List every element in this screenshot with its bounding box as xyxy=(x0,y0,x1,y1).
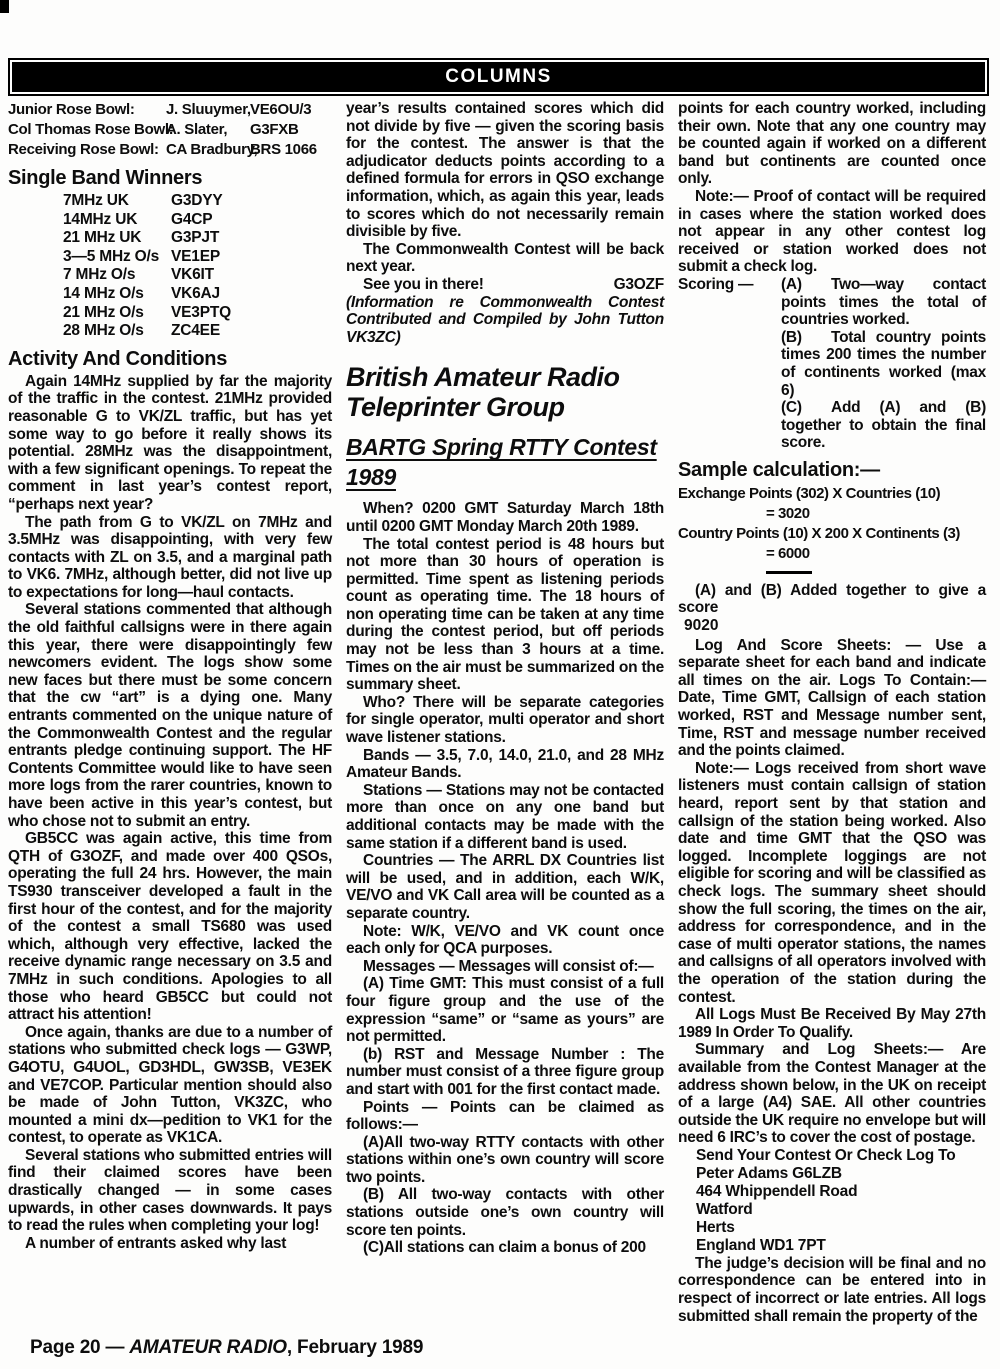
body-paragraph: Summary and Log Sheets:— Are available f… xyxy=(678,1041,986,1147)
page-columns: Junior Rose Bowl: J. Sluuymer, VE6OU/3 C… xyxy=(8,100,986,1325)
body-paragraph: Countries — The ARRL DX Countries list w… xyxy=(346,852,664,922)
body-paragraph: (B) All two-way contacts with other stat… xyxy=(346,1186,664,1239)
band-callsign: G3PJT xyxy=(171,229,332,248)
body-paragraph: Note: W/K, VE/VO and VK count once each … xyxy=(346,923,664,958)
body-paragraph: (A)All two-way RTTY contacts with other … xyxy=(346,1134,664,1187)
contest-heading: BARTG Spring RTTY Contest 1989 xyxy=(346,432,664,492)
band-label: 14 MHz O/s xyxy=(63,285,171,304)
band-label: 21 MHz O/s xyxy=(63,304,171,323)
band-callsign: ZC4EE xyxy=(171,322,332,341)
footer-page-label: Page 20 — xyxy=(30,1337,129,1358)
credit-paragraph: (Information re Commonwealth Contest Con… xyxy=(346,294,664,347)
address-line: Peter Adams G6LZB xyxy=(678,1165,986,1183)
band-winners-heading: Single Band Winners xyxy=(8,167,332,190)
band-callsign: G3DYY xyxy=(171,192,332,211)
award-name: CA Bradbury, xyxy=(166,140,250,160)
sample-calculation-heading: Sample calculation:— xyxy=(678,459,986,482)
body-paragraph: (b) RST and Message Number : The number … xyxy=(346,1046,664,1099)
address-line: 464 Whippendell Road xyxy=(678,1183,986,1201)
body-paragraph: year’s results contained scores which di… xyxy=(346,100,664,241)
body-paragraph: The Commonwealth Contest will be back ne… xyxy=(346,241,664,276)
award-label: Receiving Rose Bowl: xyxy=(8,140,166,160)
body-paragraph: Several stations commented that although… xyxy=(8,601,332,830)
award-label: Junior Rose Bowl: xyxy=(8,100,166,120)
sum-value: 9020 xyxy=(678,617,986,635)
page-footer: Page 20 — AMATEUR RADIO, February 1989 xyxy=(30,1337,423,1359)
band-callsign: G4CP xyxy=(171,211,332,230)
columns-banner-title: COLUMNS xyxy=(12,62,985,92)
award-name: A. Slater, xyxy=(166,120,250,140)
band-label: 14MHz UK xyxy=(63,211,171,230)
address-line: Herts xyxy=(678,1219,986,1237)
group-heading: British Amateur Radio Teleprinter Group xyxy=(346,362,664,422)
band-callsign: VE3PTQ xyxy=(171,304,332,323)
middle-column: year’s results contained scores which di… xyxy=(346,100,664,1325)
award-callsign: VE6OU/3 xyxy=(250,100,332,120)
scoring-item: (C)Add (A) and (B) together to obtain th… xyxy=(781,399,986,452)
body-paragraph: Again 14MHz supplied by far the majority… xyxy=(8,373,332,514)
band-callsign: VK6AJ xyxy=(171,285,332,304)
signoff-callsign: G3OZF xyxy=(614,276,664,294)
band-label: 7MHz UK xyxy=(63,192,171,211)
signoff-text: See you in there! xyxy=(346,276,484,294)
body-paragraph: Once again, thanks are due to a number o… xyxy=(8,1024,332,1147)
sum-note: (A) and (B) Added together to give a sco… xyxy=(678,582,986,617)
signoff-line: See you in there! G3OZF xyxy=(346,276,664,294)
columns-banner: COLUMNS xyxy=(8,58,989,96)
band-winners-table: 7MHz UK G3DYY 14MHz UK G4CP 21 MHz UK G3… xyxy=(63,192,332,341)
award-name: J. Sluuymer, xyxy=(166,100,250,120)
right-column: points for each country worked, includin… xyxy=(678,100,986,1325)
sum-divider-line xyxy=(766,571,812,574)
scoring-item: (B)Total country points times 200 times … xyxy=(781,329,986,399)
left-column: Junior Rose Bowl: J. Sluuymer, VE6OU/3 C… xyxy=(8,100,332,1325)
band-callsign: VK6IT xyxy=(171,266,332,285)
band-label: 21 MHz UK xyxy=(63,229,171,248)
calc-line: Country Points (10) X 200 X Continents (… xyxy=(678,524,986,544)
activity-heading: Activity And Conditions xyxy=(8,348,332,371)
award-callsign: BRS 1066 xyxy=(250,140,332,160)
body-paragraph: GB5CC was again active, this time from Q… xyxy=(8,830,332,1024)
footer-magazine-title: AMATEUR RADIO xyxy=(129,1337,286,1358)
rose-bowl-awards-table: Junior Rose Bowl: J. Sluuymer, VE6OU/3 C… xyxy=(8,100,332,160)
body-paragraph: Several stations who submitted entries w… xyxy=(8,1147,332,1235)
body-paragraph: Log And Score Sheets: — Use a separate s… xyxy=(678,637,986,760)
scoring-label: Scoring — xyxy=(678,276,781,452)
body-paragraph: Bands — 3.5, 7.0, 14.0, 21.0, and 28 MHz… xyxy=(346,747,664,782)
body-paragraph: points for each country worked, includin… xyxy=(678,100,986,188)
body-paragraph: The path from G to VK/ZL on 7MHz and 3.5… xyxy=(8,514,332,602)
body-paragraph: (C)All stations can claim a bonus of 200 xyxy=(346,1239,664,1257)
body-paragraph: Who? There will be separate categories f… xyxy=(346,694,664,747)
band-callsign: VE1EP xyxy=(171,248,332,267)
scoring-block: Scoring — (A)Two—way contact points time… xyxy=(678,276,986,452)
band-label: 7 MHz O/s xyxy=(63,266,171,285)
calc-line: Exchange Points (302) X Countries (10) xyxy=(678,484,986,504)
award-label: Col Thomas Rose Bowl: xyxy=(8,120,166,140)
address-line: Watford xyxy=(678,1201,986,1219)
address-line: Send Your Contest Or Check Log To xyxy=(678,1147,986,1165)
award-callsign: G3FXB xyxy=(250,120,332,140)
body-paragraph: The total contest period is 48 hours but… xyxy=(346,536,664,694)
address-line: England WD1 7PT xyxy=(678,1237,986,1255)
body-paragraph: When? 0200 GMT Saturday March 18th until… xyxy=(346,500,664,535)
band-label: 3—5 MHz O/s xyxy=(63,248,171,267)
body-paragraph: Messages — Messages will consist of:— xyxy=(346,958,664,976)
body-paragraph: Stations — Stations may not be contacted… xyxy=(346,782,664,852)
footer-date: , February 1989 xyxy=(287,1337,423,1358)
body-paragraph: All Logs Must Be Received By May 27th 19… xyxy=(678,1006,986,1041)
calc-value: = 6000 xyxy=(678,544,986,564)
body-paragraph: Points — Points can be claimed as follow… xyxy=(346,1099,664,1134)
band-label: 28 MHz O/s xyxy=(63,322,171,341)
scoring-items: (A)Two—way contact points times the tota… xyxy=(781,276,986,452)
calc-value: = 3020 xyxy=(678,504,986,524)
body-paragraph: A number of entrants asked why last xyxy=(8,1235,332,1253)
body-paragraph: The judge’s decision will be final and n… xyxy=(678,1255,986,1325)
body-paragraph: (A) Time GMT: This must consist of a ful… xyxy=(346,975,664,1045)
body-paragraph: Note:— Logs received from short wave lis… xyxy=(678,760,986,1006)
body-paragraph: Note:— Proof of contact will be required… xyxy=(678,188,986,276)
scoring-item: (A)Two—way contact points times the tota… xyxy=(781,276,986,329)
scan-corner-mark xyxy=(0,0,9,13)
